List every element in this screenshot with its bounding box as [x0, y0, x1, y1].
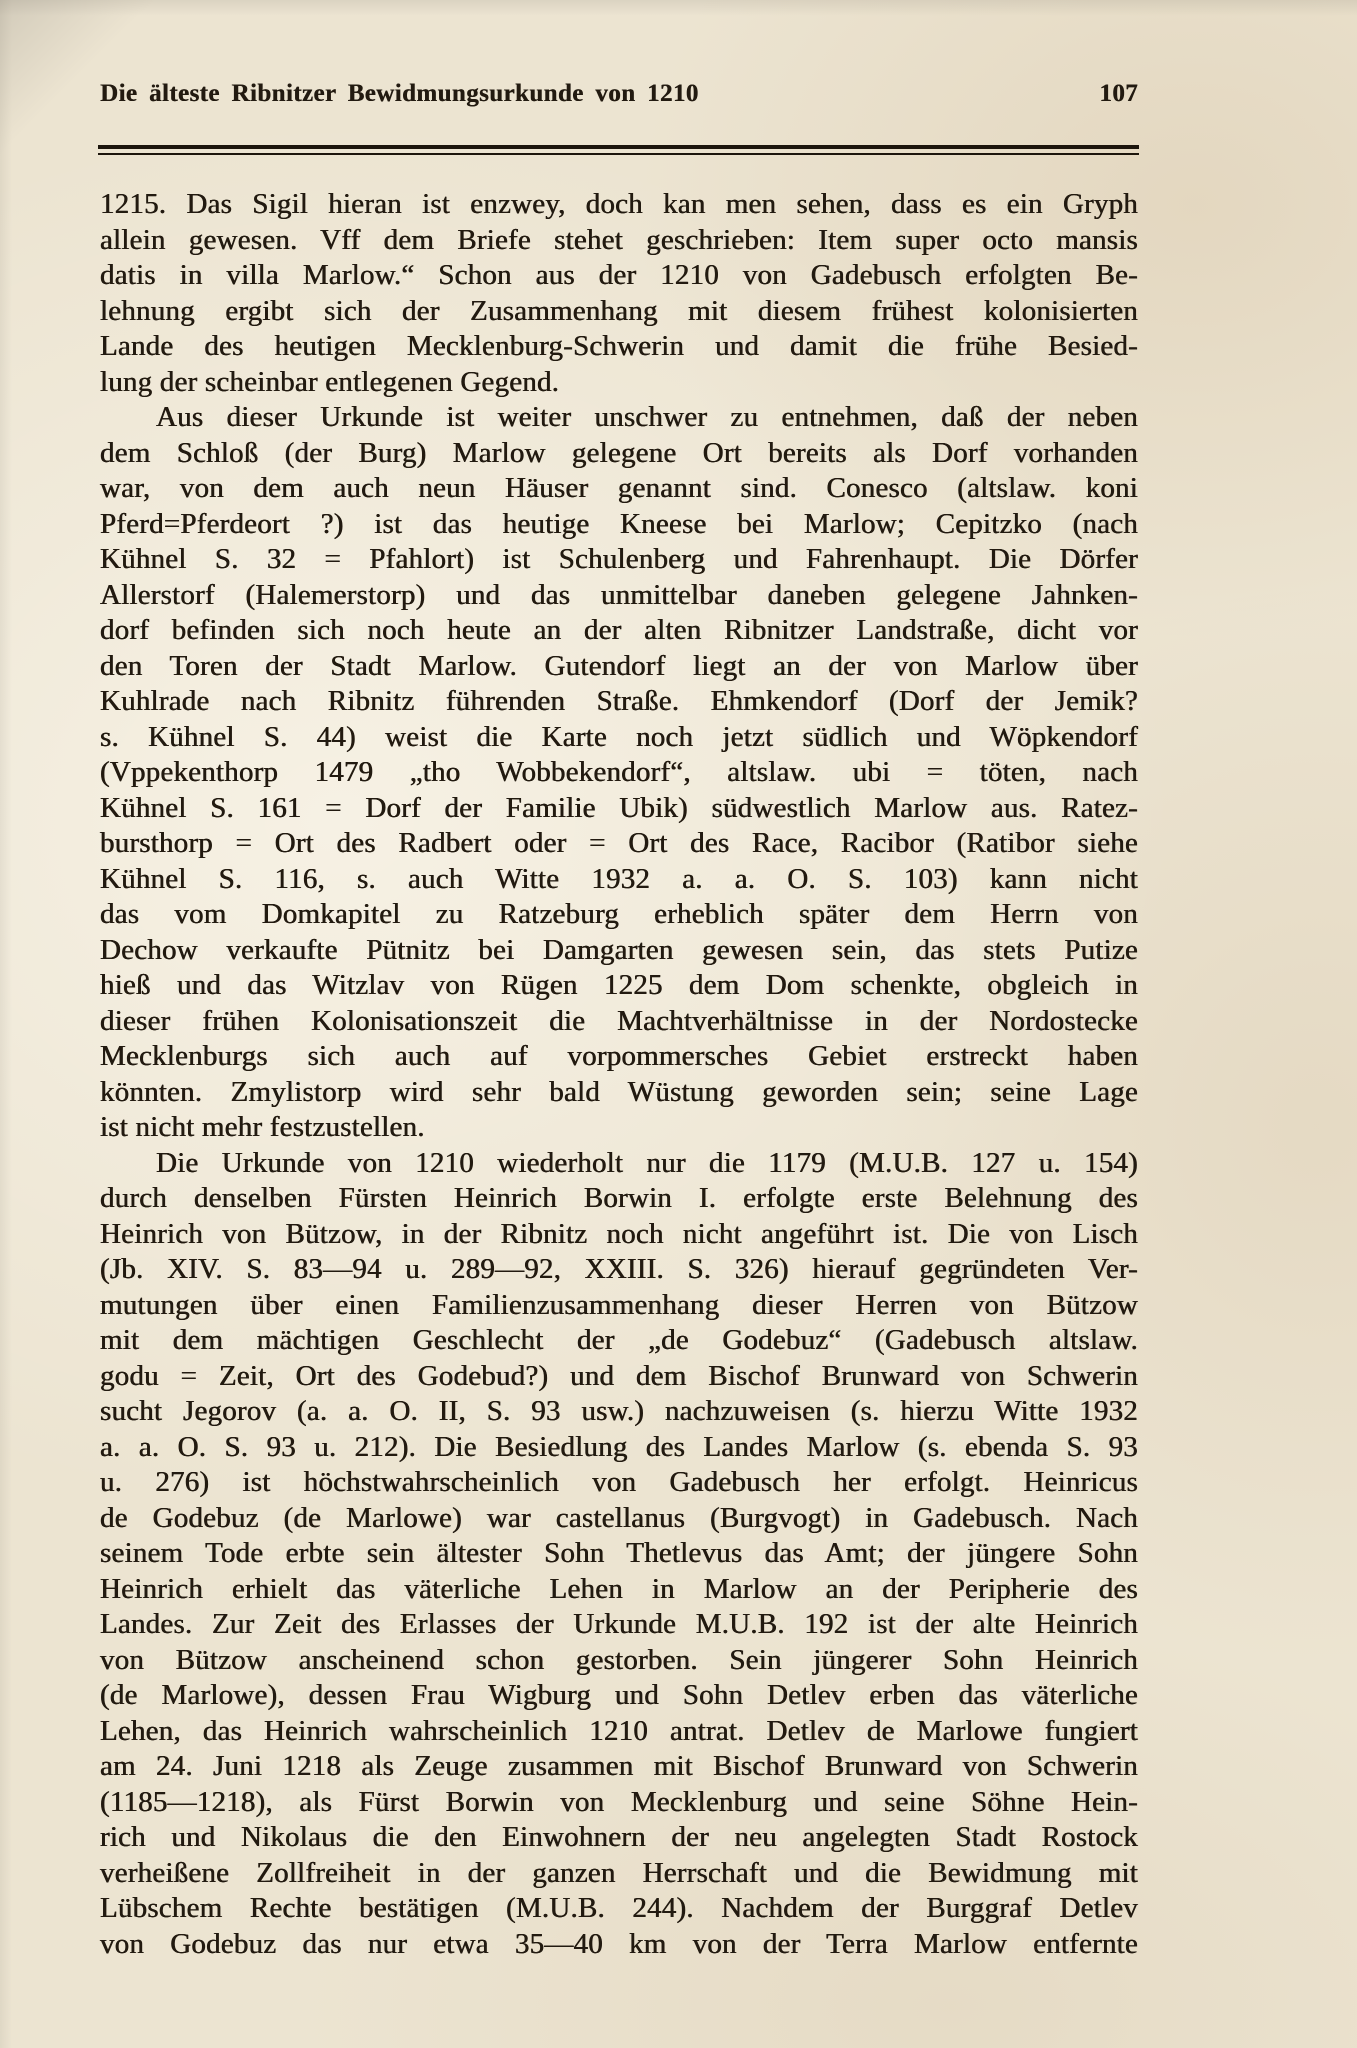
- text-line: sucht Jegorov (a. a. O. II, S. 93 usw.) …: [100, 1394, 1138, 1430]
- text-line: mit dem mächtigen Geschlecht der „de God…: [100, 1323, 1138, 1359]
- text-line: (Jb. XIV. S. 83—94 u. 289—92, XXIII. S. …: [100, 1252, 1138, 1288]
- running-title: Die älteste Ribnitzer Bewidmungsurkunde …: [100, 80, 699, 108]
- text-line: u. 276) ist höchstwahrscheinlich von Gad…: [100, 1465, 1138, 1501]
- page-header: Die älteste Ribnitzer Bewidmungsurkunde …: [100, 80, 1138, 108]
- text-line: Heinrich von Bützow, in der Ribnitz noch…: [100, 1217, 1138, 1253]
- text-line: seinem Tode erbte sein ältester Sohn The…: [100, 1536, 1138, 1572]
- text-line: Kühnel S. 116, s. auch Witte 1932 a. a. …: [100, 862, 1138, 898]
- body-text: 1215. Das Sigil hieran ist enzwey, doch …: [100, 187, 1138, 1962]
- text-line: Kühnel S. 32 = Pfahlort) ist Schulenberg…: [100, 542, 1138, 578]
- header-rule: [98, 145, 1139, 155]
- text-line: bursthorp = Ort des Radbert oder = Ort d…: [100, 826, 1138, 862]
- text-line: Pferd=Pferdeort ?) ist das heutige Knees…: [100, 507, 1138, 543]
- text-line: Landes. Zur Zeit des Erlasses der Urkund…: [100, 1607, 1138, 1643]
- text-line: das vom Domkapitel zu Ratzeburg erheblic…: [100, 897, 1138, 933]
- text-line: mutungen über einen Familienzusammenhang…: [100, 1288, 1138, 1324]
- text-line: 1215. Das Sigil hieran ist enzwey, doch …: [100, 187, 1138, 223]
- text-line: Kuhlrade nach Ribnitz führenden Straße. …: [100, 684, 1138, 720]
- text-line: Lehen, das Heinrich wahrscheinlich 1210 …: [100, 1714, 1138, 1750]
- text-line: datis in villa Marlow.“ Schon aus der 12…: [100, 258, 1138, 294]
- text-line: am 24. Juni 1218 als Zeuge zusammen mit …: [100, 1749, 1138, 1785]
- text-line: lehnung ergibt sich der Zusammenhang mit…: [100, 294, 1138, 330]
- text-line: Lande des heutigen Mecklenburg-Schwerin …: [100, 329, 1138, 365]
- text-line: dieser frühen Kolonisationszeit die Mach…: [100, 1004, 1138, 1040]
- page-number: 107: [1099, 80, 1138, 108]
- text-line: allein gewesen. Vff dem Briefe stehet ge…: [100, 223, 1138, 259]
- text-line: rich und Nikolaus die den Einwohnern der…: [100, 1820, 1138, 1856]
- text-line: s. Kühnel S. 44) weist die Karte noch je…: [100, 720, 1138, 756]
- text-line: (1185—1218), als Fürst Borwin von Meckle…: [100, 1785, 1138, 1821]
- text-line: lung der scheinbar entlegenen Gegend.: [100, 365, 1138, 401]
- text-line: dem Schloß (der Burg) Marlow gelegene Or…: [100, 436, 1138, 472]
- text-line: verheißene Zollfreiheit in der ganzen He…: [100, 1856, 1138, 1892]
- text-line: Mecklenburgs sich auch auf vorpommersche…: [100, 1039, 1138, 1075]
- text-line: (Vppekenthorp 1479 „tho Wobbekendorf“, a…: [100, 755, 1138, 791]
- text-line: Dechow verkaufte Pütnitz bei Damgarten g…: [100, 933, 1138, 969]
- text-line: ist nicht mehr festzustellen.: [100, 1110, 1138, 1146]
- text-line: Kühnel S. 161 = Dorf der Familie Ubik) s…: [100, 791, 1138, 827]
- text-line: Aus dieser Urkunde ist weiter unschwer z…: [100, 400, 1138, 436]
- text-line: durch denselben Fürsten Heinrich Borwin …: [100, 1181, 1138, 1217]
- text-line: Lübschem Rechte bestätigen (M.U.B. 244).…: [100, 1891, 1138, 1927]
- text-line: den Toren der Stadt Marlow. Gutendorf li…: [100, 649, 1138, 685]
- scanned-page: Die älteste Ribnitzer Bewidmungsurkunde …: [0, 0, 1357, 2048]
- text-line: Die Urkunde von 1210 wiederholt nur die …: [100, 1146, 1138, 1182]
- text-line: war, von dem auch neun Häuser genannt si…: [100, 471, 1138, 507]
- text-line: hieß und das Witzlav von Rügen 1225 dem …: [100, 968, 1138, 1004]
- text-line: godu = Zeit, Ort des Godebud?) und dem B…: [100, 1359, 1138, 1395]
- text-line: (de Marlowe), dessen Frau Wigburg und So…: [100, 1678, 1138, 1714]
- text-line: a. a. O. S. 93 u. 212). Die Besiedlung d…: [100, 1430, 1138, 1466]
- text-line: könnten. Zmylistorp wird sehr bald Wüstu…: [100, 1075, 1138, 1111]
- text-line: de Godebuz (de Marlowe) war castellanus …: [100, 1501, 1138, 1537]
- text-line: von Bützow anscheinend schon gestorben. …: [100, 1643, 1138, 1679]
- text-line: Heinrich erhielt das väterliche Lehen in…: [100, 1572, 1138, 1608]
- text-line: dorf befinden sich noch heute an der alt…: [100, 613, 1138, 649]
- text-line: Allerstorf (Halemerstorp) und das unmitt…: [100, 578, 1138, 614]
- text-line: von Godebuz das nur etwa 35—40 km von de…: [100, 1927, 1138, 1963]
